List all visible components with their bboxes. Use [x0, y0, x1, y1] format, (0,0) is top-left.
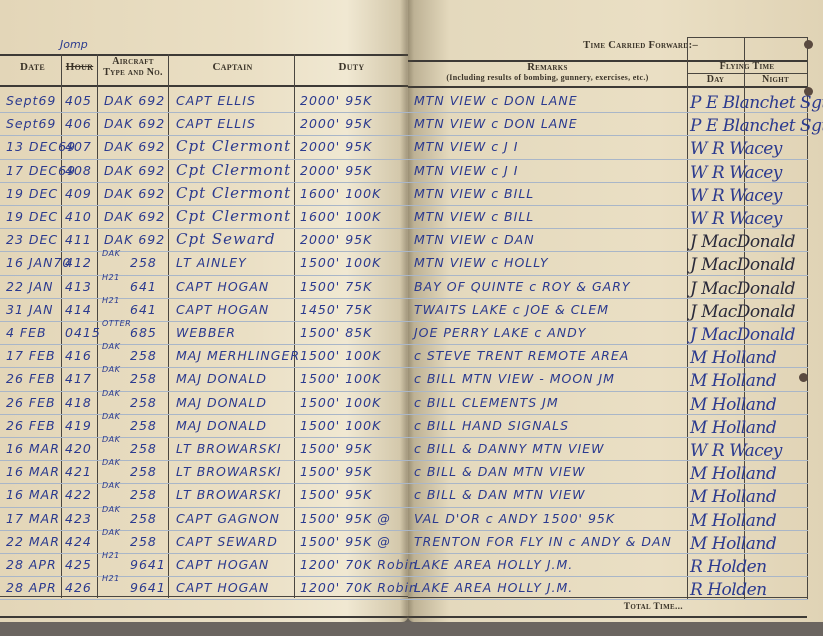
entry-duty: 1500' 95K [300, 441, 372, 456]
entry-date: 31 JAN [6, 302, 53, 317]
entry-remarks: TWAITS LAKE c JOE & CLEM [414, 302, 609, 317]
entry-date: Sept69 [6, 116, 56, 131]
ruled-line [0, 483, 808, 484]
entry-hour: 426 [65, 580, 92, 595]
entry-captain: MAJ DONALD [176, 395, 267, 410]
entry-hour: 408 [65, 163, 92, 178]
entry-duty: 2000' 95K [300, 93, 372, 108]
entry-aircraft-type: H21 [102, 551, 120, 560]
ruled-line [0, 298, 808, 299]
entry-signature: J MacDonald [690, 325, 795, 345]
ruled-line [0, 414, 808, 415]
entry-date: 22 JAN [6, 279, 53, 294]
entry-signature: J MacDonald [690, 302, 795, 322]
footer-bottom-rule [0, 616, 408, 618]
entry-captain: CAPT ELLIS [176, 93, 256, 108]
entry-remarks: c BILL & DANNY MTN VIEW [414, 441, 604, 456]
entry-remarks: c BILL MTN VIEW - MOON JM [414, 371, 615, 386]
entry-duty: 1200' 70K Robin [300, 580, 418, 595]
binder-hole [799, 373, 808, 382]
ruled-line [0, 530, 808, 531]
entry-remarks: MTN VIEW c BILL [414, 209, 534, 224]
entry-duty: 2000' 95K [300, 232, 372, 247]
col-header-day: Day [687, 75, 744, 86]
entry-duty: 2000' 95K [300, 139, 372, 154]
entry-duty: 1500' 95K @ [300, 511, 391, 526]
entry-signature: W R Wacey [690, 139, 782, 159]
entry-aircraft-number: 258 [130, 534, 157, 549]
entry-aircraft-type: H21 [102, 273, 120, 282]
entry-signature: M Holland [690, 395, 776, 415]
ruled-line [0, 275, 808, 276]
entry-aircraft-number: DAK 692 [104, 163, 165, 178]
entry-remarks: MTN VIEW c DAN [414, 232, 535, 247]
entry-aircraft-number: 258 [130, 348, 157, 363]
entry-duty: 1500' 100K [300, 395, 381, 410]
col-header-flying-time: Flying Time [687, 62, 807, 73]
entry-duty: 2000' 95K [300, 163, 372, 178]
entry-captain: CAPT HOGAN [176, 580, 269, 595]
entry-aircraft-type: DAK [102, 505, 120, 514]
ruled-line [0, 507, 808, 508]
entry-duty: 1500' 85K [300, 325, 372, 340]
entry-aircraft-type: H21 [102, 574, 120, 583]
entry-hour: 423 [65, 511, 92, 526]
entry-aircraft-type: DAK [102, 528, 120, 537]
entry-date: 16 MAR [6, 464, 60, 479]
entry-captain: MAJ DONALD [176, 371, 267, 386]
entry-captain: LT AINLEY [176, 255, 247, 270]
entry-aircraft-number: 685 [130, 325, 157, 340]
entry-duty: 1500' 75K [300, 279, 372, 294]
entry-aircraft-type: DAK [102, 458, 120, 467]
entry-remarks: LAKE AREA HOLLY J.M. [414, 580, 573, 595]
entry-aircraft-number: 258 [130, 487, 157, 502]
entry-date: 23 DEC [6, 232, 58, 247]
entry-aircraft-number: 258 [130, 511, 157, 526]
entry-signature: M Holland [690, 348, 776, 368]
logbook-spread: Jomp Date Hour Aircraft Type and No. Cap… [0, 0, 823, 622]
entry-aircraft-number: 258 [130, 371, 157, 386]
entry-aircraft-number: DAK 692 [104, 139, 165, 154]
entry-aircraft-type: DAK [102, 481, 120, 490]
entry-hour: 407 [65, 139, 92, 154]
entry-captain: MAJ MERHLINGER [176, 348, 300, 363]
ruled-line [0, 205, 808, 206]
entry-date: 16 JAN70 [6, 255, 71, 270]
entry-signature: W R Wacey [690, 441, 782, 461]
entry-aircraft-number: 258 [130, 418, 157, 433]
entry-duty: 1500' 95K [300, 464, 372, 479]
entry-aircraft-type: OTTER [102, 319, 131, 328]
entry-captain: Cpt Clermont [176, 207, 291, 225]
entry-duty: 1600' 100K [300, 209, 381, 224]
ruled-line [0, 367, 808, 368]
entry-duty: 1450' 75K [300, 302, 372, 317]
entry-aircraft-number: DAK 692 [104, 186, 165, 201]
ruled-line [0, 460, 808, 461]
entry-hour: 416 [65, 348, 92, 363]
binder-hole [804, 40, 813, 49]
ruled-line [0, 159, 808, 160]
entry-aircraft-type: DAK [102, 342, 120, 351]
entry-remarks: c BILL & DAN MTN VIEW [414, 464, 585, 479]
entry-captain: CAPT ELLIS [176, 116, 256, 131]
entry-remarks: TRENTON FOR FLY IN c ANDY & DAN [414, 534, 672, 549]
entry-captain: Cpt Seward [176, 230, 276, 248]
ruled-line [0, 228, 808, 229]
entry-hour: 410 [65, 209, 92, 224]
ruled-line [0, 182, 808, 183]
tcf-box-top [687, 37, 807, 38]
entry-date: 19 DEC [6, 209, 58, 224]
entry-date: 16 MAR [6, 487, 60, 502]
entry-date: 28 APR [6, 580, 57, 595]
entry-remarks: VAL D'OR c ANDY 1500' 95K [414, 511, 615, 526]
entry-remarks: JOE PERRY LAKE c ANDY [414, 325, 586, 340]
entry-aircraft-number: 258 [130, 395, 157, 410]
entry-duty: 1500' 100K [300, 348, 381, 363]
entry-captain: Cpt Clermont [176, 137, 291, 155]
entry-remarks: c BILL CLEMENTS JM [414, 395, 559, 410]
entry-aircraft-number: 641 [130, 302, 157, 317]
entry-captain: CAPT HOGAN [176, 279, 269, 294]
aircraft-header-line1: Aircraft [98, 57, 168, 68]
entry-aircraft-type: DAK [102, 435, 120, 444]
entry-aircraft-type: H21 [102, 296, 120, 305]
entry-aircraft-number: DAK 692 [104, 232, 165, 247]
ruled-line [0, 553, 808, 554]
background-surface [0, 622, 823, 636]
col-header-aircraft: Aircraft Type and No. [98, 57, 168, 78]
entry-remarks: MTN VIEW c BILL [414, 186, 534, 201]
entry-aircraft-number: 9641 [130, 580, 166, 595]
entry-signature: M Holland [690, 371, 776, 391]
entry-captain: CAPT GAGNON [176, 511, 280, 526]
ruled-line [0, 344, 808, 345]
entry-date: 4 FEB [6, 325, 47, 340]
entry-aircraft-type: DAK [102, 249, 120, 258]
entry-captain: LT BROWARSKI [176, 487, 282, 502]
entry-remarks: c STEVE TRENT REMOTE AREA [414, 348, 629, 363]
entry-hour: 422 [65, 487, 92, 502]
entry-signature: M Holland [690, 418, 776, 438]
entry-hour: 411 [65, 232, 92, 247]
entry-signature: J MacDonald [690, 232, 795, 252]
entry-aircraft-type: DAK [102, 389, 120, 398]
entry-captain: LT BROWARSKI [176, 464, 282, 479]
entry-hour: 417 [65, 371, 92, 386]
entry-duty: 1500' 100K [300, 371, 381, 386]
entry-date: Sept69 [6, 93, 56, 108]
header-bottom-rule [408, 86, 807, 88]
col-header-date: Date [5, 62, 60, 74]
entry-date: 26 FEB [6, 418, 56, 433]
entry-hour: 421 [65, 464, 92, 479]
entry-hour: 0415 [65, 325, 101, 340]
entry-remarks: LAKE AREA HOLLY J.M. [414, 557, 573, 572]
entry-date: 17 MAR [6, 511, 60, 526]
entry-captain: MAJ DONALD [176, 418, 267, 433]
entry-hour: 412 [65, 255, 92, 270]
ruled-line [0, 112, 808, 113]
entry-duty: 2000' 95K [300, 116, 372, 131]
entry-captain: Cpt Clermont [176, 184, 291, 202]
footer-bottom-rule [408, 616, 807, 618]
ruled-line [0, 251, 808, 252]
entry-captain: LT BROWARSKI [176, 441, 282, 456]
entry-signature: W R Wacey [690, 163, 782, 183]
entry-remarks: MTN VIEW c HOLLY [414, 255, 549, 270]
entry-signature: P E Blanchet Sgt [690, 116, 823, 136]
entry-signature: J MacDonald [690, 255, 795, 275]
entry-hour: 425 [65, 557, 92, 572]
entry-remarks: MTN VIEW c J I [414, 139, 518, 154]
entry-remarks: c BILL & DAN MTN VIEW [414, 487, 585, 502]
entry-aircraft-number: 258 [130, 255, 157, 270]
entry-hour: 405 [65, 93, 92, 108]
col-header-night: Night [744, 75, 807, 86]
col-divider [687, 37, 688, 599]
entry-remarks: MTN VIEW c DON LANE [414, 116, 578, 131]
entry-hour: 414 [65, 302, 92, 317]
entry-hour: 418 [65, 395, 92, 410]
entry-signature: M Holland [690, 464, 776, 484]
entry-signature: M Holland [690, 487, 776, 507]
entry-duty: 1200' 70K Robin [300, 557, 418, 572]
entry-signature: R Holden [690, 557, 767, 577]
flying-time-rule [687, 73, 807, 74]
aircraft-header-line2: Type and No. [98, 68, 168, 79]
col-header-duty: Duty [295, 62, 408, 74]
entry-aircraft-type: DAK [102, 412, 120, 421]
entry-date: 22 MAR [6, 534, 60, 549]
entry-aircraft-number: 9641 [130, 557, 166, 572]
entry-duty: 1500' 95K @ [300, 534, 391, 549]
time-carried-forward-label: Time Carried Forward:– [528, 40, 698, 51]
entry-remarks: BAY OF QUINTE c ROY & GARY [414, 279, 631, 294]
entry-hour: 419 [65, 418, 92, 433]
entry-signature: R Holden [690, 580, 767, 600]
entry-signature: J MacDonald [690, 279, 795, 299]
entry-signature: P E Blanchet Sgt [690, 93, 823, 113]
entry-remarks: c BILL HAND SIGNALS [414, 418, 569, 433]
ruled-line [0, 576, 808, 577]
entry-hour: 406 [65, 116, 92, 131]
entry-date: 26 FEB [6, 371, 56, 386]
entry-date: 26 FEB [6, 395, 56, 410]
entry-aircraft-number: DAK 692 [104, 116, 165, 131]
entry-remarks: MTN VIEW c J I [414, 163, 518, 178]
ruled-line [0, 437, 808, 438]
entry-duty: 1500' 95K [300, 487, 372, 502]
entry-hour: 424 [65, 534, 92, 549]
entry-captain: CAPT HOGAN [176, 302, 269, 317]
entry-aircraft-number: 258 [130, 464, 157, 479]
entry-captain: CAPT SEWARD [176, 534, 278, 549]
col-header-remarks: Remarks [408, 62, 687, 73]
entry-captain: Cpt Clermont [176, 161, 291, 179]
entry-duty: 1600' 100K [300, 186, 381, 201]
entry-date: 17 FEB [6, 348, 56, 363]
entry-captain: CAPT HOGAN [176, 557, 269, 572]
entry-hour: 413 [65, 279, 92, 294]
col-header-hour: Hour [62, 62, 97, 74]
footer-rule [0, 596, 408, 597]
entry-signature: W R Wacey [690, 209, 782, 229]
entry-aircraft-number: DAK 692 [104, 93, 165, 108]
ruled-line [0, 391, 808, 392]
entry-aircraft-number: 641 [130, 279, 157, 294]
entry-duty: 1500' 100K [300, 418, 381, 433]
entry-aircraft-type: DAK [102, 365, 120, 374]
entry-signature: M Holland [690, 511, 776, 531]
entry-date: 16 MAR [6, 441, 60, 456]
entry-aircraft-number: 258 [130, 441, 157, 456]
entry-date: 19 DEC [6, 186, 58, 201]
col-header-remarks-sub: (Including results of bombing, gunnery, … [408, 74, 687, 82]
total-time-label: Total Time... [558, 603, 683, 613]
entry-remarks: MTN VIEW c DON LANE [414, 93, 578, 108]
ruled-line [0, 599, 808, 600]
entry-hour: 420 [65, 441, 92, 456]
entry-date: 28 APR [6, 557, 57, 572]
entry-aircraft-number: DAK 692 [104, 209, 165, 224]
col-header-captain: Captain [170, 62, 295, 74]
ruled-line [0, 135, 808, 136]
entry-signature: M Holland [690, 534, 776, 554]
entry-signature: W R Wacey [690, 186, 782, 206]
entry-captain: WEBBER [176, 325, 236, 340]
entry-duty: 1500' 100K [300, 255, 381, 270]
page-note: Jomp [60, 38, 88, 51]
entry-hour: 409 [65, 186, 92, 201]
